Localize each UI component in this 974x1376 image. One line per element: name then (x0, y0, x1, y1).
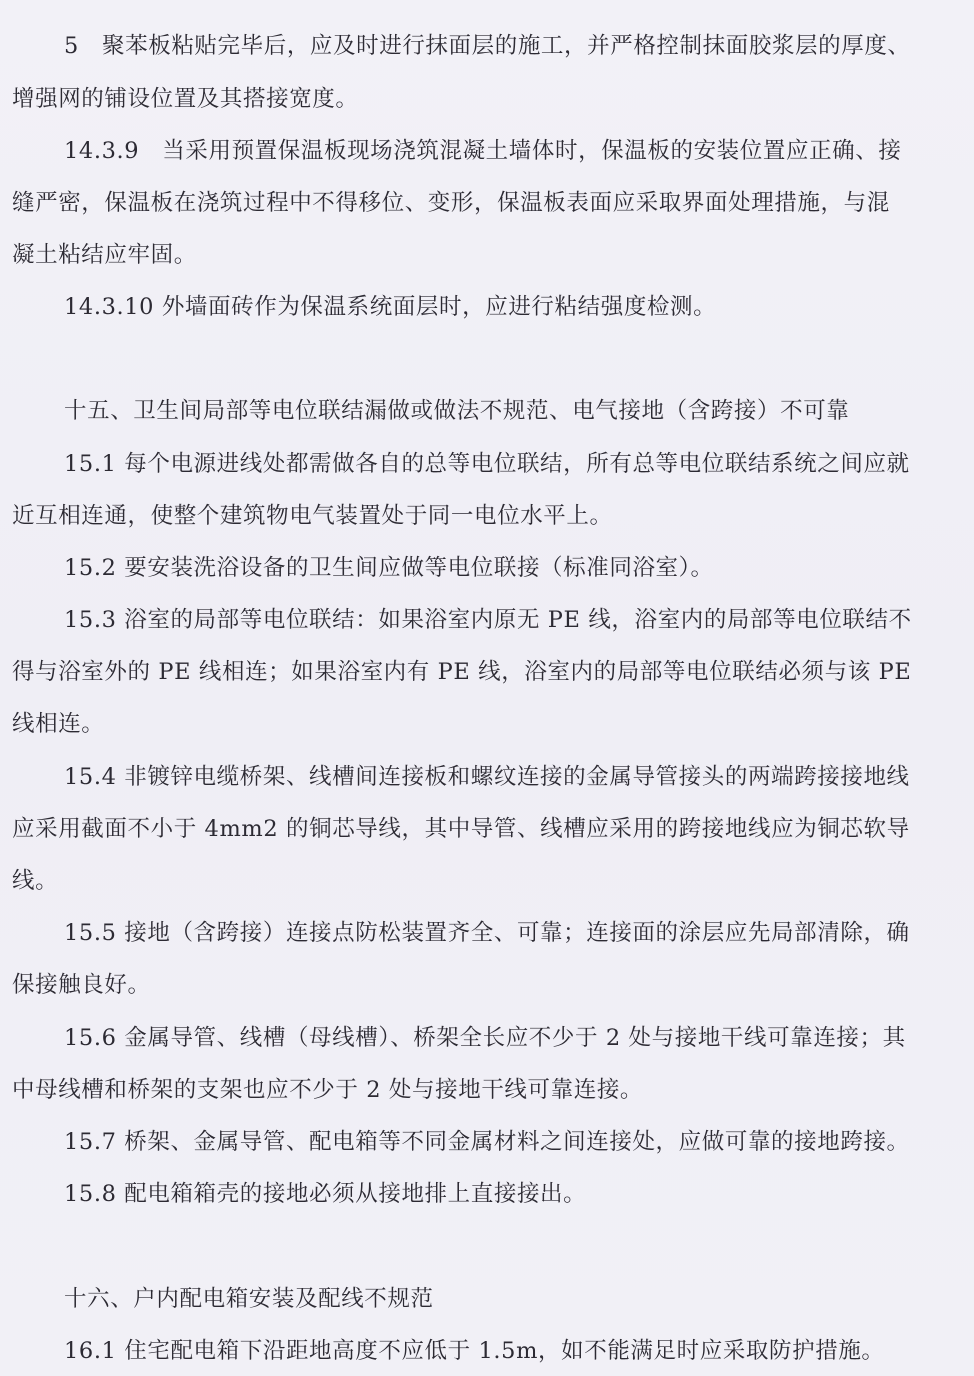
clause-15-3-line-2: 得与浴室外的 PE 线相连；如果浴室内有 PE 线，浴室内的局部等电位联结必须与… (0, 657, 974, 687)
clause-15-4-line-2: 应采用截面不小于 4mm2 的铜芯导线，其中导管、线槽应采用的跨接地线应为铜芯软… (0, 814, 974, 844)
clause-15-5-line-1: 15.5 接地（含跨接）连接点防松装置齐全、可靠；连接面的涂层应先局部清除，确 (0, 918, 974, 948)
clause-15-1-line-2: 近互相连通，使整个建筑物电气装置处于同一电位水平上。 (0, 501, 974, 531)
section-heading-15: 十五、卫生间局部等电位联结漏做或做法不规范、电气接地（含跨接）不可靠 (0, 396, 974, 426)
clause-15-4-line-3: 线。 (0, 866, 974, 896)
paragraph-item-5-line-2: 增强网的铺设位置及其搭接宽度。 (0, 84, 974, 114)
clause-15-7: 15.7 桥架、金属导管、配电箱等不同金属材料之间连接处，应做可靠的接地跨接。 (0, 1127, 974, 1157)
clause-15-4-line-1: 15.4 非镀锌电缆桥架、线槽间连接板和螺纹连接的金属导管接头的两端跨接接地线 (0, 762, 974, 792)
clause-15-8: 15.8 配电箱箱壳的接地必须从接地排上直接接出。 (0, 1179, 974, 1209)
clause-15-6-line-1: 15.6 金属导管、线槽（母线槽）、桥架全长应不少于 2 处与接地干线可靠连接；… (0, 1023, 974, 1053)
clause-14-3-10: 14.3.10 外墙面砖作为保温系统面层时，应进行粘结强度检测。 (0, 292, 974, 322)
clause-15-5-line-2: 保接触良好。 (0, 970, 974, 1000)
clause-15-3-line-3: 线相连。 (0, 709, 974, 739)
scanned-document-page: 5 聚苯板粘贴完毕后，应及时进行抹面层的施工，并严格控制抹面胶浆层的厚度、 增强… (0, 0, 974, 1376)
clause-15-6-line-2: 中母线槽和桥架的支架也应不少于 2 处与接地干线可靠连接。 (0, 1075, 974, 1105)
clause-14-3-9-line-3: 凝土粘结应牢固。 (0, 240, 974, 270)
clause-15-2: 15.2 要安装洗浴设备的卫生间应做等电位联接（标准同浴室）。 (0, 553, 974, 583)
clause-15-1-line-1: 15.1 每个电源进线处都需做各自的总等电位联结，所有总等电位联结系统之间应就 (0, 449, 974, 479)
section-heading-16: 十六、户内配电箱安装及配线不规范 (0, 1284, 974, 1314)
paragraph-item-5-line-1: 5 聚苯板粘贴完毕后，应及时进行抹面层的施工，并严格控制抹面胶浆层的厚度、 (0, 31, 974, 61)
clause-14-3-9-line-1: 14.3.9 当采用预置保温板现场浇筑混凝土墙体时，保温板的安装位置应正确、接 (0, 136, 974, 166)
clause-14-3-9-line-2: 缝严密，保温板在浇筑过程中不得移位、变形，保温板表面应采取界面处理措施，与混 (0, 188, 974, 218)
clause-15-3-line-1: 15.3 浴室的局部等电位联结：如果浴室内原无 PE 线，浴室内的局部等电位联结… (0, 605, 974, 635)
clause-16-1: 16.1 住宅配电箱下沿距地高度不应低于 1.5m，如不能满足时应采取防护措施。 (0, 1336, 974, 1366)
